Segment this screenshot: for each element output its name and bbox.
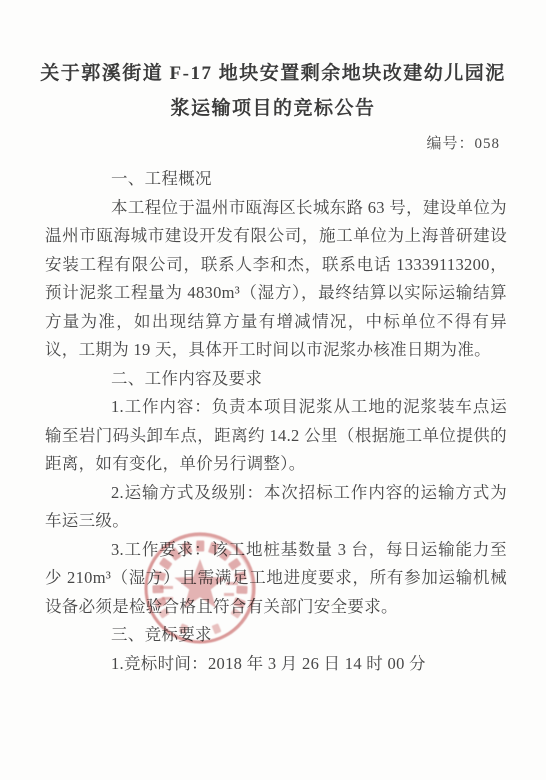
paragraph: 3.工作要求：该工地桩基数量 3 台，每日运输能力至少 210m³（湿方）且需满… <box>45 536 507 622</box>
paragraph: 1.竞标时间：2018 年 3 月 26 日 14 时 00 分 <box>45 650 507 679</box>
doc-number: 编号：058 <box>0 132 546 153</box>
section-heading: 二、工作内容及要求 <box>45 365 507 394</box>
title-line-1: 关于郭溪街道 F-17 地块安置剩余地块改建幼儿园泥 <box>0 56 546 91</box>
section-heading: 三、竞标要求 <box>45 621 507 650</box>
paragraph: 2.运输方式及级别：本次招标工作内容的运输方式为车运三级。 <box>45 479 507 536</box>
page-title: 关于郭溪街道 F-17 地块安置剩余地块改建幼儿园泥 浆运输项目的竞标公告 <box>0 56 546 126</box>
paragraph: 1.工作内容：负责本项目泥浆从工地的泥浆装车点运输至岩门码头卸车点，距离约 14… <box>45 393 507 479</box>
title-line-2: 浆运输项目的竞标公告 <box>0 91 546 126</box>
official-seal <box>130 518 270 658</box>
document-page: 关于郭溪街道 F-17 地块安置剩余地块改建幼儿园泥 浆运输项目的竞标公告 编号… <box>0 0 546 780</box>
paragraph: 本工程位于温州市瓯海区长城东路 63 号，建设单位为温州市瓯海城市建设开发有限公… <box>45 194 507 365</box>
seal-star-icon <box>174 559 225 608</box>
section-heading: 一、工程概况 <box>45 165 507 194</box>
document-body: 一、工程概况本工程位于温州市瓯海区长城东路 63 号，建设单位为温州市瓯海城市建… <box>45 165 507 678</box>
